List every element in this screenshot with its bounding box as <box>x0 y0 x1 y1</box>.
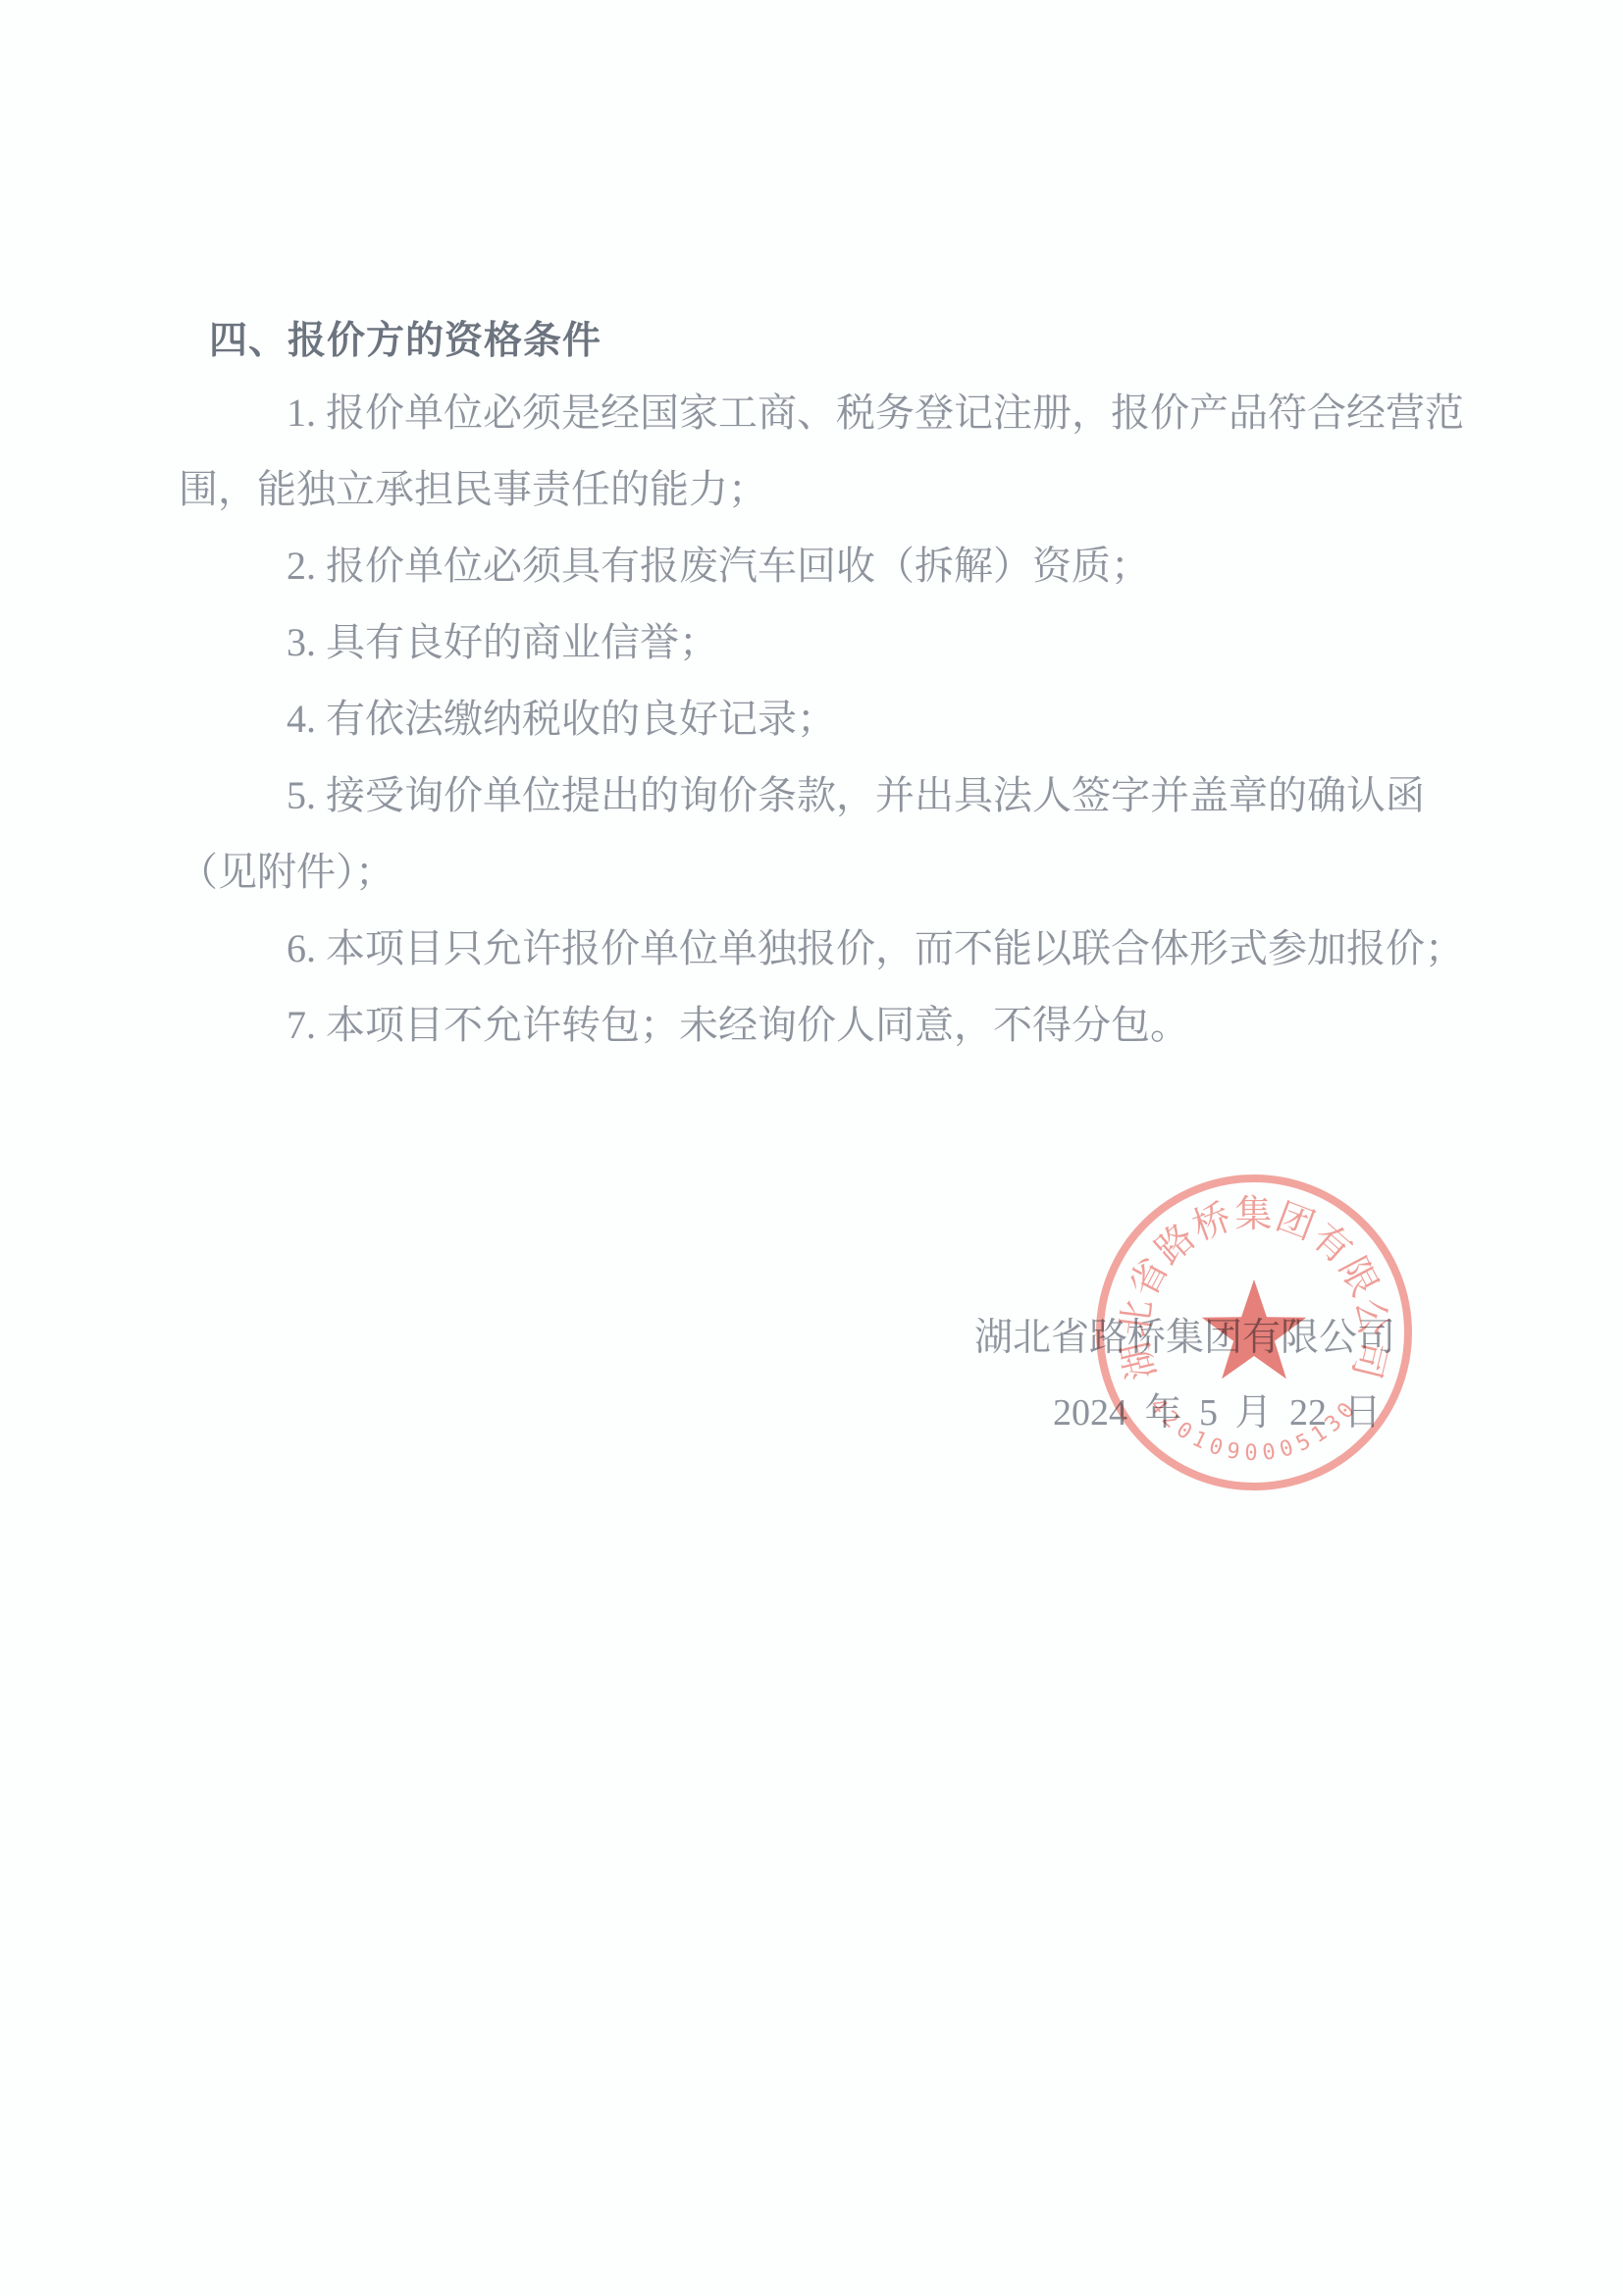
document-page: 四、报价方的资格条件 1. 报价单位必须是经国家工商、税务登记注册，报价产品符合… <box>0 0 1623 2296</box>
paragraph-line: 5. 接受询价单位提出的询价条款，并出具法人签字并盖章的确认函 <box>179 757 1484 834</box>
paragraph-line: 3. 具有良好的商业信誉； <box>179 604 1484 681</box>
paragraph-line: 2. 报价单位必须具有报废汽车回收（拆解）资质； <box>179 528 1484 604</box>
section-heading: 四、报价方的资格条件 <box>209 310 602 365</box>
official-seal: 湖北省路桥集团有限公司 4201090005130 <box>1087 1166 1421 1499</box>
paragraph-line: 7. 本项目不允许转包；未经询价人同意，不得分包。 <box>179 987 1484 1064</box>
paragraph-line: 围，能独立承担民事责任的能力； <box>179 451 1484 528</box>
paragraph-line: 1. 报价单位必须是经国家工商、税务登记注册，报价产品符合经营范 <box>179 375 1484 451</box>
paragraph-line: 6. 本项目只允许报价单位单独报价，而不能以联合体形式参加报价； <box>179 911 1484 987</box>
star-icon <box>1202 1279 1307 1379</box>
seal-number: 4201090005130 <box>1144 1393 1363 1466</box>
paragraph-line: 4. 有依法缴纳税收的良好记录； <box>179 681 1484 757</box>
section-body: 1. 报价单位必须是经国家工商、税务登记注册，报价产品符合经营范 围，能独立承担… <box>179 375 1484 1064</box>
paragraph-line: （见附件）； <box>179 834 1484 911</box>
